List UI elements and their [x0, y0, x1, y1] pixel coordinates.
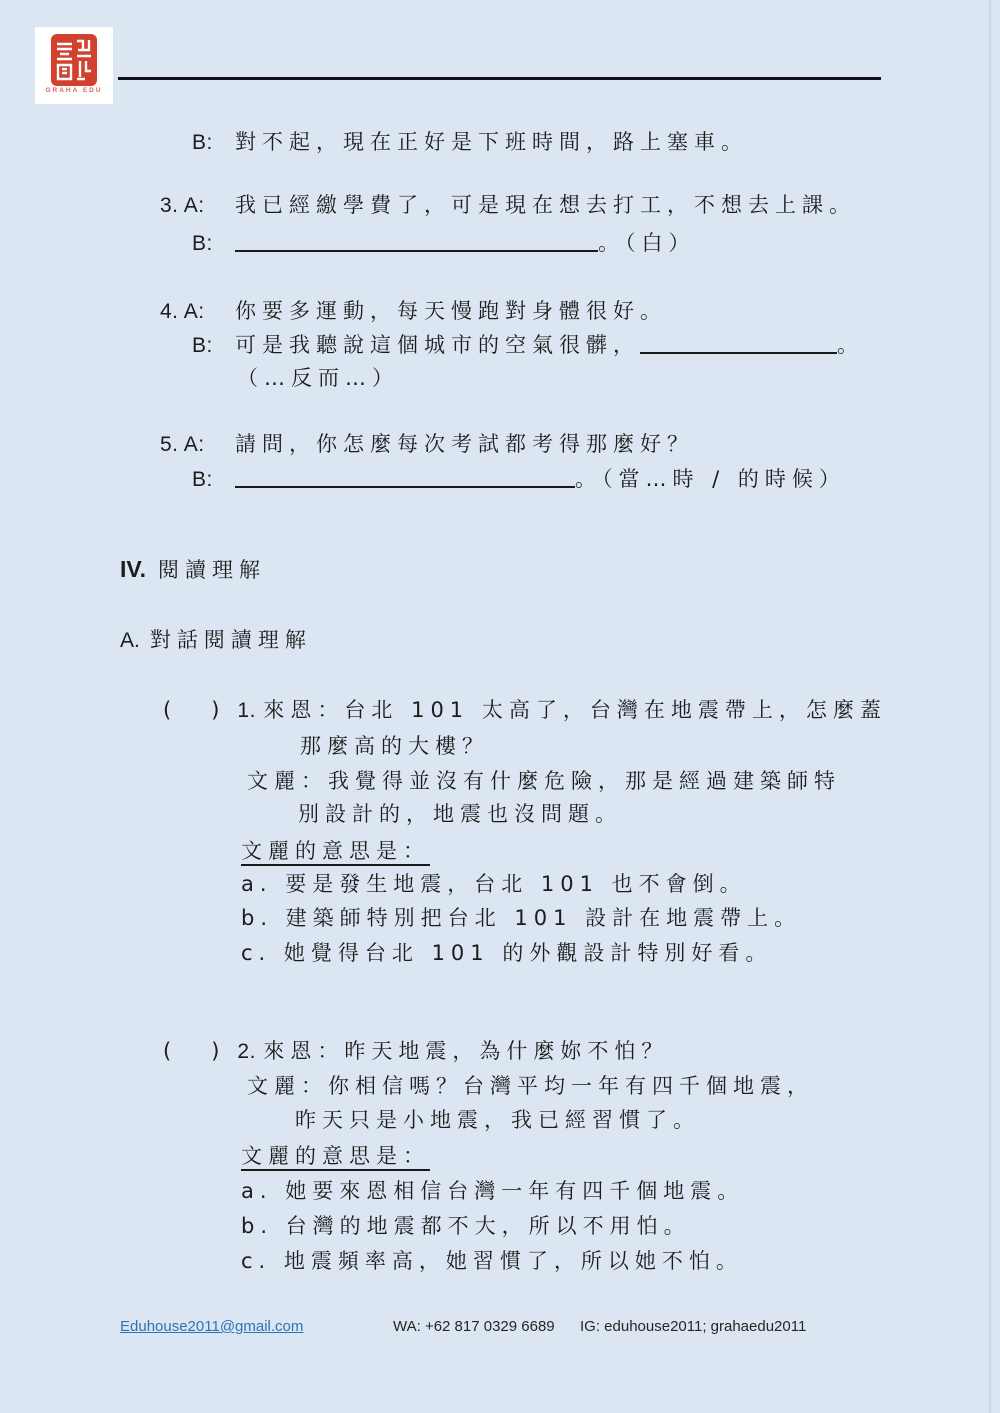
header-divider-line [118, 77, 881, 80]
speaker-b-label: B: [192, 229, 235, 259]
dialog-5a: 5. A:請問，你怎麼每次考試都考得那麼好？ [160, 429, 694, 461]
graha-edu-seal-icon [51, 34, 97, 86]
item-4a-label: 4. A: [160, 297, 235, 327]
question-prompt: 文麗的意思是： [241, 1144, 430, 1171]
grammar-hint: （…反而…） [237, 366, 399, 390]
q2-option-b[interactable]: b. 台灣的地震都不大，所以不用怕。 [241, 1211, 691, 1243]
dialog-text: 昨天地震，為什麼妳不怕？ [344, 1039, 668, 1063]
speaker-b-label: B: [192, 128, 235, 158]
speaker-name: 來恩： [263, 1039, 344, 1063]
dialog-text: 昨天只是小地震，我已經習慣了。 [295, 1108, 700, 1132]
subsection-label: A. [120, 629, 140, 652]
q1-row3: 文麗：我覺得並沒有什麼危險，那是經過建築師特 [247, 766, 841, 798]
answer-hint: 。（白） [598, 231, 696, 255]
q1-row2: 那麼高的大樓？ [300, 731, 489, 763]
page-edge-divider [989, 0, 991, 1413]
speaker-name: 來恩： [263, 698, 344, 722]
question-prompt: 文麗的意思是： [241, 839, 430, 866]
answer-slot-q1[interactable]: () [163, 698, 237, 722]
option-text: c. 地震頻率高，她習慣了，所以她不怕。 [241, 1249, 743, 1273]
answer-blank-4b[interactable] [640, 352, 837, 354]
answer-hint: 。（當…時 / 的時候） [575, 467, 846, 491]
q2-option-c[interactable]: c. 地震頻率高，她習慣了，所以她不怕。 [241, 1246, 743, 1278]
answer-blank-3b[interactable] [235, 250, 598, 252]
option-text: b. 台灣的地震都不大，所以不用怕。 [241, 1214, 691, 1238]
answer-slot-q2[interactable]: () [163, 1039, 237, 1063]
section-title: 閱讀理解 [158, 558, 266, 582]
brand-name: GRAHA EDU [35, 87, 113, 94]
question-number: 2. [237, 1037, 263, 1067]
q1-option-c[interactable]: c. 她覺得台北 101 的外觀設計特別好看。 [241, 938, 772, 970]
answer-blank-5b[interactable] [235, 486, 575, 488]
dialog-5b: B:。（當…時 / 的時候） [192, 464, 846, 496]
dialog-3b: B:。（白） [192, 228, 696, 260]
dialog-text: 別設計的，地震也沒問題。 [298, 802, 622, 826]
speaker-b-label: B: [192, 331, 235, 361]
dialog-text: 可是我聽說這個城市的空氣很髒， [235, 333, 640, 357]
footer-email-link[interactable]: Eduhouse2011@gmail.com [120, 1318, 303, 1335]
dialog-text: 台北 101 太高了，台灣在地震帶上，怎麼蓋 [344, 698, 886, 722]
q2-row1: ()2.來恩：昨天地震，為什麼妳不怕？ [163, 1036, 668, 1068]
speaker-b-label: B: [192, 465, 235, 495]
dialog-text: 我覺得並沒有什麼危險，那是經過建築師特 [328, 769, 841, 793]
dialog-text: 那麼高的大樓？ [300, 734, 489, 758]
q1-option-a[interactable]: a. 要是發生地震，台北 101 也不會倒。 [241, 869, 747, 901]
subsection-a-heading: A.對話閱讀理解 [120, 625, 312, 657]
period-mark: 。 [837, 333, 864, 357]
speaker-name: 文麗： [247, 1074, 328, 1098]
dialog-text: 我已經繳學費了，可是現在想去打工，不想去上課。 [235, 193, 856, 217]
item-3a-label: 3. A: [160, 191, 235, 221]
worksheet-page: GRAHA EDU B:對不起，現在正好是下班時間，路上塞車。 3. A:我已經… [0, 0, 1000, 1413]
footer-whatsapp: WA: +62 817 0329 6689 [393, 1318, 555, 1335]
dialog-4b: B:可是我聽說這個城市的空氣很髒，。 [192, 330, 864, 362]
q1-row1: ()1.來恩：台北 101 太高了，台灣在地震帶上，怎麼蓋 [163, 695, 887, 727]
hint-4: （…反而…） [237, 363, 399, 395]
graha-edu-logo: GRAHA EDU [35, 27, 113, 104]
speaker-name: 文麗： [247, 769, 328, 793]
footer-instagram: IG: eduhouse2011; grahaedu2011 [580, 1318, 806, 1335]
option-text: c. 她覺得台北 101 的外觀設計特別好看。 [241, 941, 772, 965]
q1-option-b[interactable]: b. 建築師特別把台北 101 設計在地震帶上。 [241, 903, 801, 935]
q1-row4: 別設計的，地震也沒問題。 [298, 799, 622, 831]
section-number: IV. [120, 556, 146, 582]
q2-option-a[interactable]: a. 她要來恩相信台灣一年有四千個地震。 [241, 1176, 744, 1208]
q2-prompt: 文麗的意思是： [241, 1141, 430, 1173]
option-text: a. 要是發生地震，台北 101 也不會倒。 [241, 872, 747, 896]
dialog-text: 請問，你怎麼每次考試都考得那麼好？ [235, 432, 694, 456]
q2-row2: 文麗：你相信嗎？台灣平均一年有四千個地震， [247, 1071, 814, 1103]
dialog-text: 你相信嗎？台灣平均一年有四千個地震， [328, 1074, 814, 1098]
option-text: b. 建築師特別把台北 101 設計在地震帶上。 [241, 906, 801, 930]
dialog-2b: B:對不起，現在正好是下班時間，路上塞車。 [192, 127, 748, 159]
q2-row3: 昨天只是小地震，我已經習慣了。 [295, 1105, 700, 1137]
dialog-text: 對不起，現在正好是下班時間，路上塞車。 [235, 130, 748, 154]
item-5a-label: 5. A: [160, 430, 235, 460]
q1-prompt: 文麗的意思是： [241, 836, 430, 868]
section-iv-heading: IV.閱讀理解 [120, 554, 266, 587]
dialog-text: 你要多運動，每天慢跑對身體很好。 [235, 299, 667, 323]
question-number: 1. [237, 696, 263, 726]
dialog-4a: 4. A:你要多運動，每天慢跑對身體很好。 [160, 296, 667, 328]
subsection-title: 對話閱讀理解 [150, 628, 312, 652]
option-text: a. 她要來恩相信台灣一年有四千個地震。 [241, 1179, 744, 1203]
dialog-3a: 3. A:我已經繳學費了，可是現在想去打工，不想去上課。 [160, 190, 856, 222]
